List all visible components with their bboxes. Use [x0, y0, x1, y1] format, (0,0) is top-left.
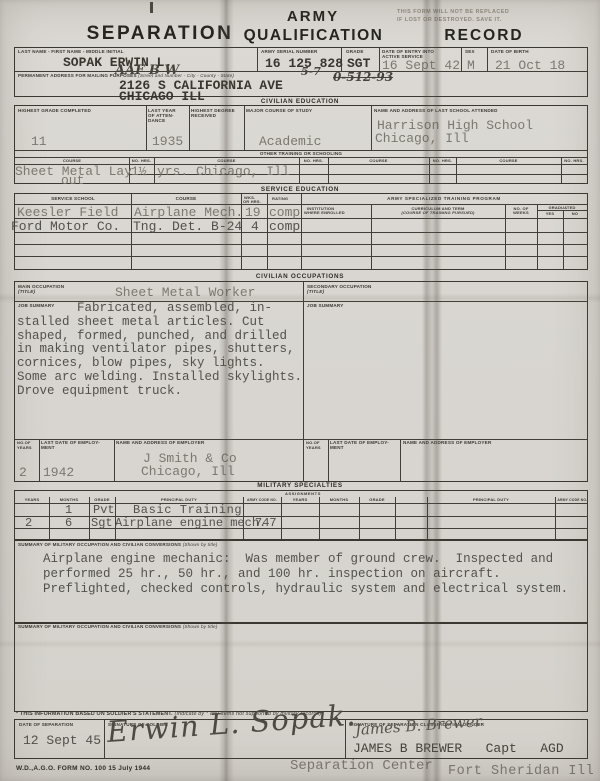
- course-col-label: COURSE: [15, 159, 129, 163]
- grid-line: [244, 106, 245, 150]
- military-summary-box: SUMMARY OF MILITARY OCCUPATION AND CIVIL…: [14, 540, 588, 624]
- summary-label-2-italic: (Shown by title): [183, 624, 218, 629]
- officer-signature: James B. Brewer: [354, 714, 482, 738]
- graduated-col-label: GRADUATED: [537, 206, 587, 210]
- employ-years-label-2: YEARS: [17, 446, 32, 450]
- years-col-label-right: YEARS: [281, 498, 319, 502]
- assignment-years-cell: 2: [25, 517, 32, 529]
- employ-years-label-right-2: YEARS: [306, 446, 321, 450]
- job-summary-text: Fabricated, assembled, in- stalled sheet…: [17, 302, 305, 399]
- title-qualification: QUALIFICATION: [226, 28, 401, 44]
- grid-line: [487, 48, 488, 71]
- grid-line: [104, 720, 105, 758]
- grid-line: [328, 439, 329, 481]
- yes-col-label: YES: [537, 212, 563, 216]
- service-wks-cell: 19: [245, 206, 261, 219]
- weeks-col-label-2: WEEKS: [505, 211, 537, 215]
- institution-col-label-2: WHERE ENROLLED: [304, 211, 345, 215]
- employ-date-label-right-2: MENT: [330, 446, 344, 451]
- service-education-box: SERVICE SCHOOL COURSE WKS. OR HRS. RATIN…: [14, 193, 588, 270]
- astp-title: ARMY SPECIALIZED TRAINING PROGRAM: [301, 197, 587, 202]
- grid-line: [15, 256, 587, 257]
- grade-value: SGT: [347, 57, 370, 70]
- service-course-cell: Tng. Det. B-24: [133, 220, 242, 233]
- summary-label-italic: (Shown by title): [183, 542, 218, 547]
- form-number: W.D.,A.G.O. FORM NO. 100 15 July 1944: [16, 766, 150, 773]
- grade-label: GRADE: [346, 50, 364, 55]
- job-summary-label-right: JOB SUMMARY: [307, 304, 344, 309]
- grid-line: [39, 439, 40, 481]
- grid-line: [561, 157, 562, 183]
- serial-label: ARMY SERIAL NUMBER: [261, 50, 318, 55]
- grid-line: [15, 439, 587, 440]
- employer-label-right: NAME AND ADDRESS OF EMPLOYER: [403, 441, 491, 446]
- summary-label-main: SUMMARY OF MILITARY OCCUPATION AND CIVIL…: [18, 542, 181, 547]
- employ-date-label-2: MENT: [41, 446, 55, 451]
- months-col-label: MONTHS: [49, 498, 89, 502]
- civilian-education-box: HIGHEST GRADE COMPLETED LAST YEAR OF ATT…: [14, 105, 588, 184]
- warning-line-1: THIS FORM WILL NOT BE REPLACED: [397, 10, 509, 15]
- service-wks-cell: 4: [251, 220, 259, 233]
- section-title-military-specialties: MILITARY SPECIALTIES: [200, 483, 400, 489]
- last-year-label-3: DANCE: [148, 119, 165, 124]
- grid-line: [456, 157, 457, 183]
- grade-col-label: GRADE: [89, 498, 115, 502]
- employer-label: NAME AND ADDRESS OF EMPLOYER: [116, 441, 204, 446]
- duty-col-label: PRINCIPAL DUTY: [115, 498, 243, 502]
- secondary-occupation-label-italic: (TITLE): [307, 290, 324, 295]
- summary-label-2: SUMMARY OF MILITARY OCCUPATION AND CIVIL…: [18, 625, 218, 630]
- service-course-cell: Airplane Mech.: [134, 206, 243, 219]
- grade-col-label-right: GRADE: [359, 498, 395, 502]
- military-specialties-box: ASSIGNMENTS YEARS MONTHS GRADE PRINCIPAL…: [14, 490, 588, 540]
- wks-col-label-2: OR HRS.: [243, 200, 261, 204]
- grid-line: [299, 157, 300, 183]
- grid-line: [429, 157, 430, 183]
- title-record: RECORD: [424, 28, 544, 44]
- service-rating-cell: comp: [269, 206, 300, 219]
- summary-text: Airplane engine mechanic: Was member of …: [43, 552, 568, 597]
- hrs-col-label: NO. HRS.: [561, 159, 587, 163]
- signature-box: DATE OF SEPARATION SIGNATURE OF SOLDIER …: [14, 719, 588, 759]
- code-col-label: ARMY CODE NO.: [246, 498, 278, 501]
- grid-line: [461, 48, 462, 71]
- identity-box: LAST NAME - FIRST NAME - MIDDLE INITIAL …: [14, 47, 588, 97]
- major-course-value: Academic: [259, 135, 321, 148]
- employ-date-value: 1942: [43, 466, 74, 479]
- service-school-col-label: SERVICE SCHOOL: [15, 197, 131, 202]
- major-course-label: MAJOR COURSE OF STUDY: [246, 109, 312, 114]
- main-occupation-label-italic: (TITLE): [18, 290, 35, 295]
- employer-line-2: Chicago, Ill: [141, 465, 235, 478]
- assignment-code-cell: 747: [255, 517, 277, 529]
- main-occupation-value: Sheet Metal Worker: [115, 286, 255, 299]
- assignment-grade-cell: Sgt: [91, 517, 113, 529]
- section-title-civilian-occupations: CIVILIAN OCCUPATIONS: [200, 274, 400, 280]
- grid-line: [189, 106, 190, 150]
- address-line-2: CHICAGO ILL: [119, 90, 205, 103]
- hrs-col-label: NO. HRS.: [299, 159, 328, 163]
- curriculum-col-label-2: (COURSE OF TRAINING PURSUED): [371, 211, 505, 215]
- school-label: NAME AND ADDRESS OF LAST SCHOOL ATTENDED: [374, 109, 498, 114]
- grid-line: [400, 439, 401, 481]
- no-col-label: NO: [563, 212, 587, 216]
- birth-value: 21 Oct 18: [495, 59, 565, 72]
- school-line-2: Chicago, Ill: [375, 132, 469, 145]
- years-col-label: YEARS: [15, 498, 49, 502]
- handwritten-annotation-right: 0-512-93: [333, 71, 393, 83]
- service-school-cell: Ford Motor Co.: [11, 220, 120, 233]
- fort-location-stamp: Fort Sheridan Ill: [448, 765, 594, 779]
- title-army: ARMY: [268, 9, 358, 24]
- birth-label: DATE OF BIRTH: [491, 50, 529, 55]
- duty-col-label-right: PRINCIPAL DUTY: [427, 498, 555, 502]
- officer-typed-name: JAMES B BREWER Capt AGD: [353, 742, 564, 755]
- highest-grade-value: 11: [31, 135, 47, 148]
- grid-line: [114, 439, 115, 481]
- hrs-col-label: NO. HRS.: [429, 159, 456, 163]
- grid-line: [379, 48, 380, 71]
- handwritten-annotation-mid: 5-7: [301, 66, 321, 77]
- highest-grade-label: HIGHEST GRADE COMPLETED: [18, 109, 91, 114]
- assignment-duty-cell: Basic Training: [133, 504, 242, 516]
- sex-label: SEX: [465, 50, 475, 55]
- assignment-months-cell: 1: [65, 504, 72, 516]
- service-school-cell: Keesler Field: [17, 206, 118, 219]
- grid-line: [328, 157, 329, 183]
- grid-line: [154, 157, 155, 183]
- course-col-label: COURSE: [154, 159, 299, 163]
- date-of-separation-value: 12 Sept 45: [23, 734, 101, 747]
- other-hrs-1: 1½: [131, 165, 147, 178]
- hrs-col-label: NO. HRS.: [129, 159, 154, 163]
- grid-line: [257, 48, 258, 71]
- warning-line-2: IF LOST OR DESTROYED. SAVE IT.: [397, 18, 502, 23]
- scan-artifact-mark: [150, 2, 153, 13]
- entry-value: 16 Sept 42: [382, 59, 460, 72]
- grid-line: [371, 106, 372, 150]
- employ-years-value: 2: [19, 466, 27, 479]
- assignment-grade-cell: Pvt: [93, 504, 115, 516]
- last-year-value: 1935: [152, 135, 183, 148]
- course-col-label: COURSE: [328, 159, 429, 163]
- code-col-label-right: ARMY CODE NO.: [557, 498, 584, 501]
- service-rating-cell: comp: [269, 220, 300, 233]
- civilian-occupations-box: MAIN OCCUPATION (TITLE) Sheet Metal Work…: [14, 281, 588, 482]
- name-label: LAST NAME - FIRST NAME - MIDDLE INITIAL: [18, 50, 124, 55]
- course-col-label: COURSE: [131, 197, 241, 202]
- separation-center-stamp: Separation Center: [290, 759, 433, 773]
- other-course-1-line-2: out: [61, 174, 84, 187]
- handwritten-annotation-left: AAF B W: [115, 64, 179, 77]
- rating-col-label: RATING: [272, 197, 288, 201]
- sex-value: M: [467, 59, 475, 72]
- months-col-label-right: MONTHS: [319, 498, 359, 502]
- summary-label-2-main: SUMMARY OF MILITARY OCCUPATION AND CIVIL…: [18, 624, 181, 629]
- assignment-duty-cell: Airplane engine mech.: [115, 517, 266, 529]
- grid-line: [15, 244, 587, 245]
- date-of-separation-label: DATE OF SEPARATION: [19, 723, 73, 728]
- assignment-months-cell: 6: [65, 517, 72, 529]
- other-course-2: yrs. Chicago, Ill: [157, 165, 290, 178]
- grid-line: [146, 106, 147, 150]
- degree-label-2: RECEIVED: [191, 114, 216, 119]
- assignments-label: ASSIGNMENTS: [243, 492, 363, 496]
- summary-label: SUMMARY OF MILITARY OCCUPATION AND CIVIL…: [18, 543, 218, 548]
- other-training-title: OTHER TRAINING OR SCHOOLING: [15, 152, 587, 157]
- scanned-form-page: THIS FORM WILL NOT BE REPLACED IF LOST O…: [0, 0, 600, 781]
- course-col-label: COURSE: [456, 159, 561, 163]
- military-summary-box-2: SUMMARY OF MILITARY OCCUPATION AND CIVIL…: [14, 622, 588, 712]
